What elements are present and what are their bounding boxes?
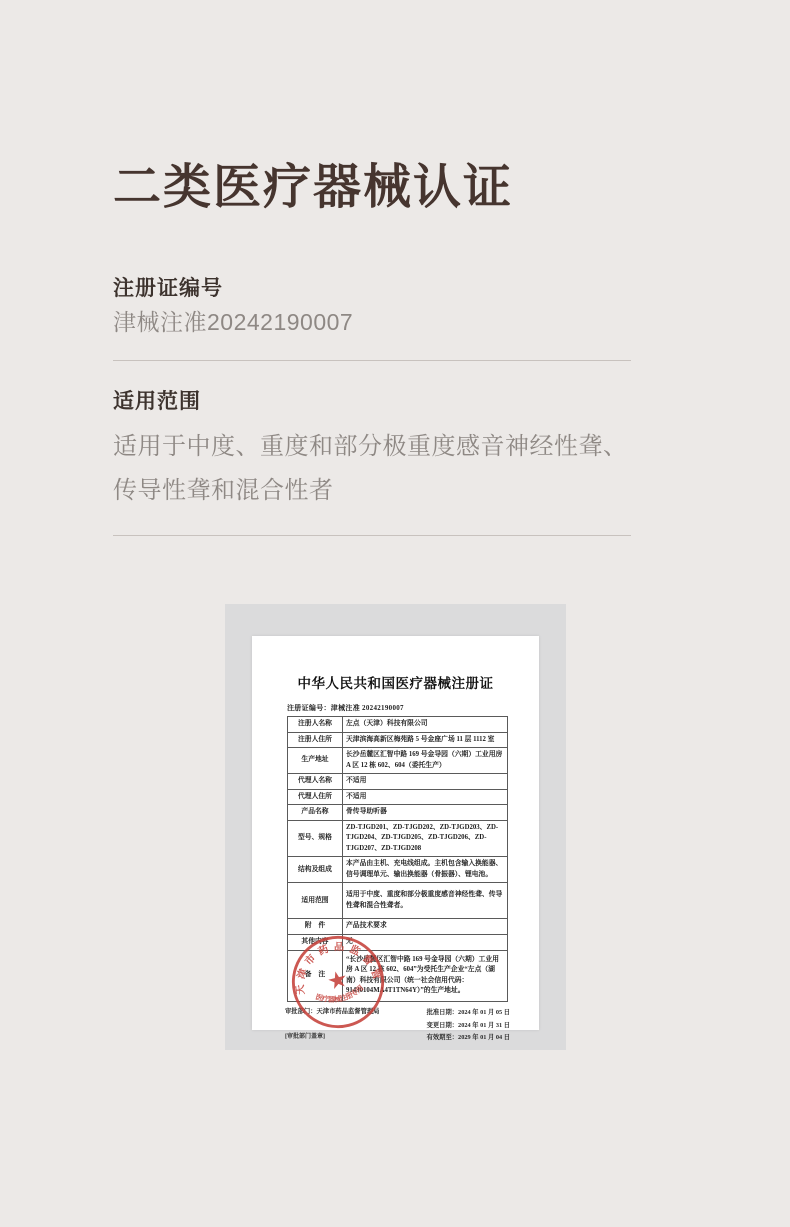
cert-row-label: 型号、规格 bbox=[288, 820, 343, 857]
approval-department-line: 审批部门：天津市药品监督管理局 bbox=[285, 1007, 393, 1017]
table-row: 注册人住所 天津滨海高新区梅苑路 5 号金座广场 11 层 1112 室 bbox=[288, 732, 508, 748]
certificate-photo: 中华人民共和国医疗器械注册证 注册证编号：津械注准 20242190007 注册… bbox=[225, 604, 566, 1050]
cert-row-label: 注册人名称 bbox=[288, 717, 343, 733]
cert-row-value: “长沙岳麓区汇智中路 169 号金导园（六期）工业用房 A 区 12 栋 602… bbox=[343, 950, 508, 1001]
table-row: 产品名称 骨传导助听器 bbox=[288, 805, 508, 821]
expiry-date-line: 有效期至：2029 年 01 月 04 日 bbox=[427, 1032, 510, 1045]
certificate-dates-block: 批准日期：2024 年 01 月 05 日 变更日期：2024 年 01 月 3… bbox=[427, 1007, 510, 1046]
cert-row-label: 代理人名称 bbox=[288, 774, 343, 790]
cert-row-value: 适用于中度、重度和部分极重度感音神经性聋、传导性聋和混合性聋者。 bbox=[343, 883, 508, 919]
cert-row-label: 代理人住所 bbox=[288, 789, 343, 805]
cert-row-value: 左点（天津）科技有限公司 bbox=[343, 717, 508, 733]
approval-date-line: 批准日期：2024 年 01 月 05 日 bbox=[427, 1007, 510, 1020]
certificate-footer: 审批部门：天津市药品监督管理局 [审批部门盖章] 批准日期：2024 年 01 … bbox=[285, 1007, 510, 1046]
cert-row-label: 结构及组成 bbox=[288, 857, 343, 883]
table-row: 生产地址 长沙岳麓区汇智中路 169 号金导园（六期）工业用房 A 区 12 栋… bbox=[288, 748, 508, 774]
table-row: 备 注 “长沙岳麓区汇智中路 169 号金导园（六期）工业用房 A 区 12 栋… bbox=[288, 950, 508, 1001]
cert-row-value: 不适用 bbox=[343, 789, 508, 805]
cert-row-label: 注册人住所 bbox=[288, 732, 343, 748]
cert-row-label: 备 注 bbox=[288, 950, 343, 1001]
cert-row-label: 产品名称 bbox=[288, 805, 343, 821]
registration-heading: 注册证编号 bbox=[113, 274, 631, 304]
registration-number: 津械注准20242190007 bbox=[113, 306, 631, 338]
change-date-line: 变更日期：2024 年 01 月 31 日 bbox=[427, 1020, 510, 1033]
certificate-title: 中华人民共和国医疗器械注册证 bbox=[252, 672, 539, 692]
cert-row-value: ZD-TJGD201、ZD-TJGD202、ZD-TJGD203、ZD-TJGD… bbox=[343, 820, 508, 857]
cert-row-value: 本产品由主机、充电线组成。主机包含输入换能器、信号调理单元、输出换能器（骨振器）… bbox=[343, 857, 508, 883]
table-row: 注册人名称 左点（天津）科技有限公司 bbox=[288, 717, 508, 733]
cert-row-label: 附 件 bbox=[288, 919, 343, 935]
certificate-document: 中华人民共和国医疗器械注册证 注册证编号：津械注准 20242190007 注册… bbox=[252, 636, 539, 1030]
cert-row-label: 其他内容 bbox=[288, 934, 343, 950]
cert-row-value: 无 bbox=[343, 934, 508, 950]
scope-heading: 适用范围 bbox=[113, 387, 631, 417]
divider bbox=[113, 360, 631, 361]
certification-section: 二类医疗器械认证 注册证编号 津械注准20242190007 适用范围 适用于中… bbox=[113, 0, 631, 1050]
cert-row-value: 产品技术要求 bbox=[343, 919, 508, 935]
cert-row-label: 生产地址 bbox=[288, 748, 343, 774]
page-title: 二类医疗器械认证 bbox=[113, 160, 631, 216]
table-row: 型号、规格 ZD-TJGD201、ZD-TJGD202、ZD-TJGD203、Z… bbox=[288, 820, 508, 857]
table-row: 附 件 产品技术要求 bbox=[288, 919, 508, 935]
cert-row-value: 长沙岳麓区汇智中路 169 号金导园（六期）工业用房 A 区 12 栋 602、… bbox=[343, 748, 508, 774]
certificate-reg-line: 注册证编号：津械注准 20242190007 bbox=[287, 703, 539, 713]
registration-number-block: 注册证编号 津械注准20242190007 bbox=[113, 274, 631, 338]
certificate-table: 注册人名称 左点（天津）科技有限公司 注册人住所 天津滨海高新区梅苑路 5 号金… bbox=[287, 716, 508, 1002]
approval-department-block: 审批部门：天津市药品监督管理局 [审批部门盖章] bbox=[285, 1007, 393, 1046]
table-row: 代理人名称 不适用 bbox=[288, 774, 508, 790]
table-row: 代理人住所 不适用 bbox=[288, 789, 508, 805]
table-row: 适用范围 适用于中度、重度和部分极重度感音神经性聋、传导性聋和混合性聋者。 bbox=[288, 883, 508, 919]
seal-note: [审批部门盖章] bbox=[285, 1033, 393, 1043]
cert-row-label: 适用范围 bbox=[288, 883, 343, 919]
scope-text: 适用于中度、重度和部分极重度感音神经性聋、传导性聋和混合性者 bbox=[113, 425, 631, 513]
table-row: 结构及组成 本产品由主机、充电线组成。主机包含输入换能器、信号调理单元、输出换能… bbox=[288, 857, 508, 883]
cert-row-value: 天津滨海高新区梅苑路 5 号金座广场 11 层 1112 室 bbox=[343, 732, 508, 748]
divider bbox=[113, 535, 631, 536]
cert-row-value: 不适用 bbox=[343, 774, 508, 790]
cert-row-value: 骨传导助听器 bbox=[343, 805, 508, 821]
scope-block: 适用范围 适用于中度、重度和部分极重度感音神经性聋、传导性聋和混合性者 bbox=[113, 387, 631, 513]
table-row: 其他内容 无 bbox=[288, 934, 508, 950]
